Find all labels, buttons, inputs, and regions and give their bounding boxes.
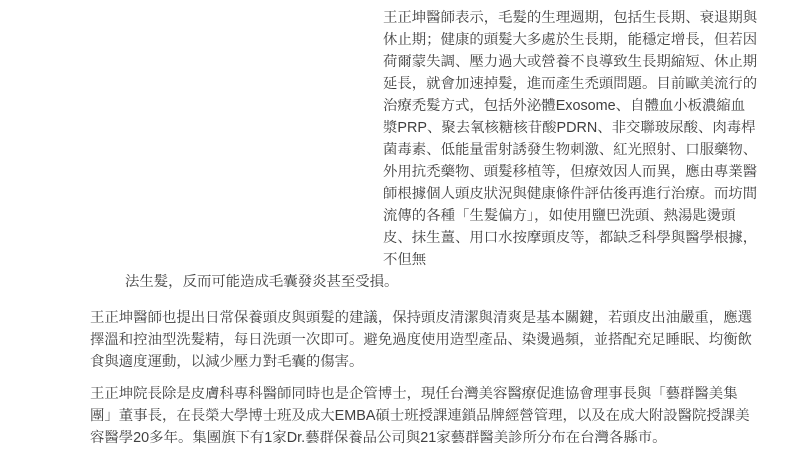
article-image-placeholder [90, 7, 383, 255]
paragraph-1-continuation: 法生髮，反而可能造成毛囊發炎甚至受損。 [125, 271, 758, 293]
article-first-row: 王正坤醫師表示，毛髮的生理週期，包括生長期、衰退期與休止期；健康的頭髮大多處於生… [90, 7, 758, 271]
article-page: 王正坤醫師表示，毛髮的生理週期，包括生長期、衰退期與休止期；健康的頭髮大多處於生… [0, 0, 800, 471]
paragraph-1-column: 王正坤醫師表示，毛髮的生理週期，包括生長期、衰退期與休止期；健康的頭髮大多處於生… [383, 7, 758, 271]
paragraph-3: 王正坤院長除是皮膚科專科醫師同時也是企管博士，現任台灣美容醫療促進協會理事長與「… [90, 383, 758, 449]
paragraph-2: 王正坤醫師也提出日常保養頭皮與頭髮的建議，保持頭皮清潔與清爽是基本關鍵，若頭皮出… [90, 307, 758, 373]
